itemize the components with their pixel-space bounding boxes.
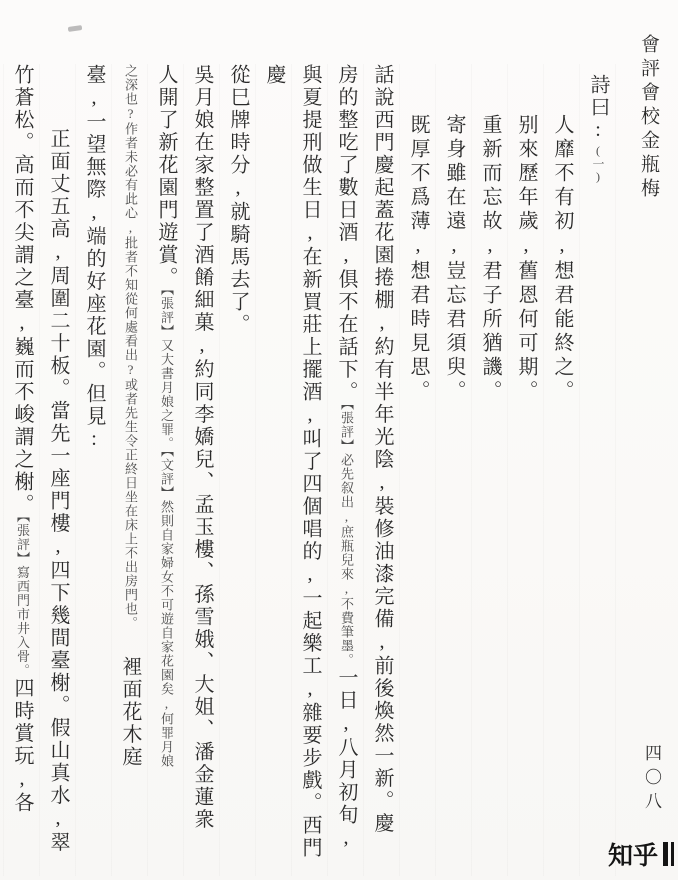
poem-line-text: 重新而忘故,君子所猶譏。 [479, 114, 501, 404]
text-column-poem-heading: 詩曰:(一) [580, 64, 616, 876]
poem-heading-text: 詩曰: [587, 74, 609, 144]
text-column-verse: 正面丈五高,周圍二十板。當先一座門樓,四下幾間臺榭。假山真水,翠 [40, 64, 76, 876]
zhihu-logo-icon [663, 842, 674, 866]
text-column-prose: 房的整吃了數日酒,俱不在話下。【張評】必先叙出,庶瓶兒來,不費筆墨。一日,八月初… [328, 64, 364, 876]
prose-text: 裡面花木庭 [119, 630, 141, 769]
prose-text: 與夏提刑做生日,在新買莊上擺酒,叫了四個唱的,一起樂工,雜要步戲。西門慶 [263, 64, 321, 860]
poem-line-text: 寄身雖在遠,豈忘君須臾。 [443, 114, 465, 404]
prose-text: 一日,八月初旬, [335, 667, 357, 851]
text-column-prose: 吳月娘在家整置了酒餚細菓,約同李嬌兒、孟玉樓、孫雪娥、大姐、潘金蓮衆 [184, 64, 220, 876]
page-number: 四〇八 [639, 744, 664, 816]
text-column-prose: 人開了新花園門遊賞。【張評】又大書月娘之罪。【文評】然則自家婦女不可遊自家花園矣… [148, 64, 184, 876]
book-page-scan: 會評會校金瓶梅 詩曰:(一) 人靡不有初,想君能終之。 别來歷年歲,舊恩何可期。… [0, 0, 678, 880]
verse-text: 正面丈五高,周圍二十板。當先一座門樓,四下幾間臺榭。假山真水,翠 [47, 128, 69, 854]
collation-note-number: (一) [591, 144, 605, 184]
zhihu-watermark: 知乎 [608, 836, 674, 872]
commentary-text: 【張評】寫西門市井入骨。 [15, 516, 30, 678]
text-column-poem-line: 别來歷年歲,舊恩何可期。 [508, 64, 544, 876]
commentary-text: 之深也?作者未必有此心,批者不知從何處看出?或者先生令正終日坐在床上不出房門也。 [123, 64, 138, 630]
verse-text: 四時賞玩,各 [11, 678, 33, 815]
poem-line-text: 既厚不爲薄,想君時見思。 [407, 114, 429, 404]
prose-text: 人開了新花園門遊賞。 [155, 64, 177, 289]
text-column-verse: 有風光:春賞燕遊堂,桃李爭艷;夏賞臨溪館,荷葉鬥彩;秋賞叠翠樓,黃菊 [0, 64, 4, 876]
text-column-prose: 話說西門慶起蓋花園捲棚,約有半年光陰,裝修油漆完備,前後煥然一新。慶 [364, 64, 400, 876]
text-column-prose: 與夏提刑做生日,在新買莊上擺酒,叫了四個唱的,一起樂工,雜要步戲。西門慶 [256, 64, 328, 876]
prose-text: 吳月娘在家整置了酒餚細菓,約同李嬌兒、孟玉樓、孫雪娥、大姐、潘金蓮衆 [191, 64, 213, 831]
text-column-prose: 之深也?作者未必有此心,批者不知從何處看出?或者先生令正終日坐在床上不出房門也。… [112, 64, 148, 876]
verse-text: 竹蒼松。高而不尖謂之臺,巍而不峻謂之榭。 [11, 64, 33, 516]
text-column-poem-line: 重新而忘故,君子所猶譏。 [472, 64, 508, 876]
commentary-text: 【張評】又大書月娘之罪。【文評】然則自家婦女不可遊自家花園矣,何罪月娘 [159, 289, 174, 768]
poem-line-text: 人靡不有初,想君能終之。 [551, 114, 573, 404]
text-column-verse: 竹蒼松。高而不尖謂之臺,巍而不峻謂之榭。【張評】寫西門市井入骨。四時賞玩,各 [4, 64, 40, 876]
scan-smudge [68, 25, 83, 32]
prose-text: 臺,一望無際,端的好座花園。但見: [83, 64, 105, 453]
text-column-poem-line: 寄身雖在遠,豈忘君須臾。 [436, 64, 472, 876]
text-column-poem-line: 既厚不爲薄,想君時見思。 [400, 64, 436, 876]
text-column-prose: 臺,一望無際,端的好座花園。但見: [76, 64, 112, 876]
prose-text: 房的整吃了數日酒,俱不在話下。 [335, 64, 357, 404]
prose-text: 從巳牌時分,就騎馬去了。 [227, 64, 249, 336]
book-header-title: 會評會校金瓶梅 [635, 34, 662, 202]
poem-line-text: 别來歷年歲,舊恩何可期。 [515, 114, 537, 404]
zhihu-watermark-text: 知乎 [608, 836, 658, 872]
prose-text: 話說西門慶起蓋花園捲棚,約有半年光陰,裝修油漆完備,前後煥然一新。慶 [371, 64, 393, 835]
text-column-poem-line: 人靡不有初,想君能終之。 [544, 64, 580, 876]
commentary-text: 【張評】必先叙出,庶瓶兒來,不費筆墨。 [339, 404, 354, 668]
text-column-prose: 從巳牌時分,就騎馬去了。 [220, 64, 256, 876]
main-text-block: 詩曰:(一) 人靡不有初,想君能終之。 别來歷年歲,舊恩何可期。 重新而忘故,君… [0, 64, 616, 876]
